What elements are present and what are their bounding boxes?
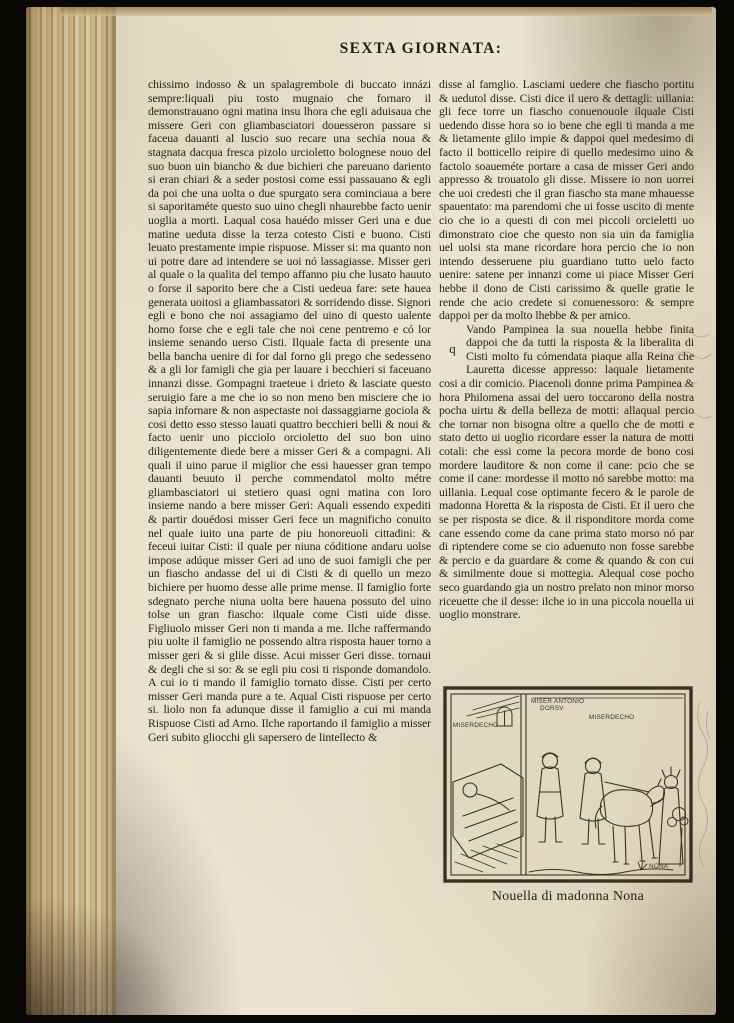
handwritten-marginalia-woodcut-side [688,697,714,872]
madonna-nona-figure [651,767,683,864]
right-column-paragraph-2: qVando Pampinea la sua nouella hebbe fin… [439,323,694,622]
book-top-edge [60,7,712,16]
standing-figure-antonio [537,753,563,842]
horse-figure [595,779,664,864]
woodcut-label-miserdecho-left: MISERDECHO [453,722,498,729]
woodcut-label-miser-antonio: MISER ANTONIO [531,698,584,705]
left-text-column: chissimo indosso & un spalagrembole di b… [148,78,431,896]
plant-sprig-icon [638,861,647,870]
initial-guide-space: q [439,323,466,376]
guide-letter-q: q [449,342,455,356]
window-icon [497,707,512,726]
book-page: SEXTA GIORNATA: chissimo indosso & un sp… [26,7,716,1015]
floor-hatching [455,844,519,872]
bed-with-figure [453,764,523,858]
woodcut-label-nona: NONA [649,863,669,870]
woodcut-caption: Nouella di madonna Nona [433,888,703,904]
woodcut-label-miserdecho-right: MISERDECHO [589,714,634,721]
left-column-text: chissimo indosso & un spalagrembole di b… [148,78,431,744]
woodcut-illustration: MISERDECHO MISER ANTONIO DORSV MISERDECH… [443,686,693,884]
book-page-edges [26,7,116,1015]
handwritten-marginalia-right [671,322,715,442]
right-column-paragraph-1: disse al famglio. Lasciami uedere che fi… [439,78,694,323]
standing-figure-companion [580,758,606,844]
right-text-column: disse al famglio. Lasciami uedere che fi… [439,78,694,688]
woodcut-label-dorsv: DORSV [540,705,564,712]
paragraph-2-text: Vando Pampinea la sua nouella hebbe fini… [439,322,694,621]
page-header-giornata: SEXTA GIORNATA: [148,40,694,58]
